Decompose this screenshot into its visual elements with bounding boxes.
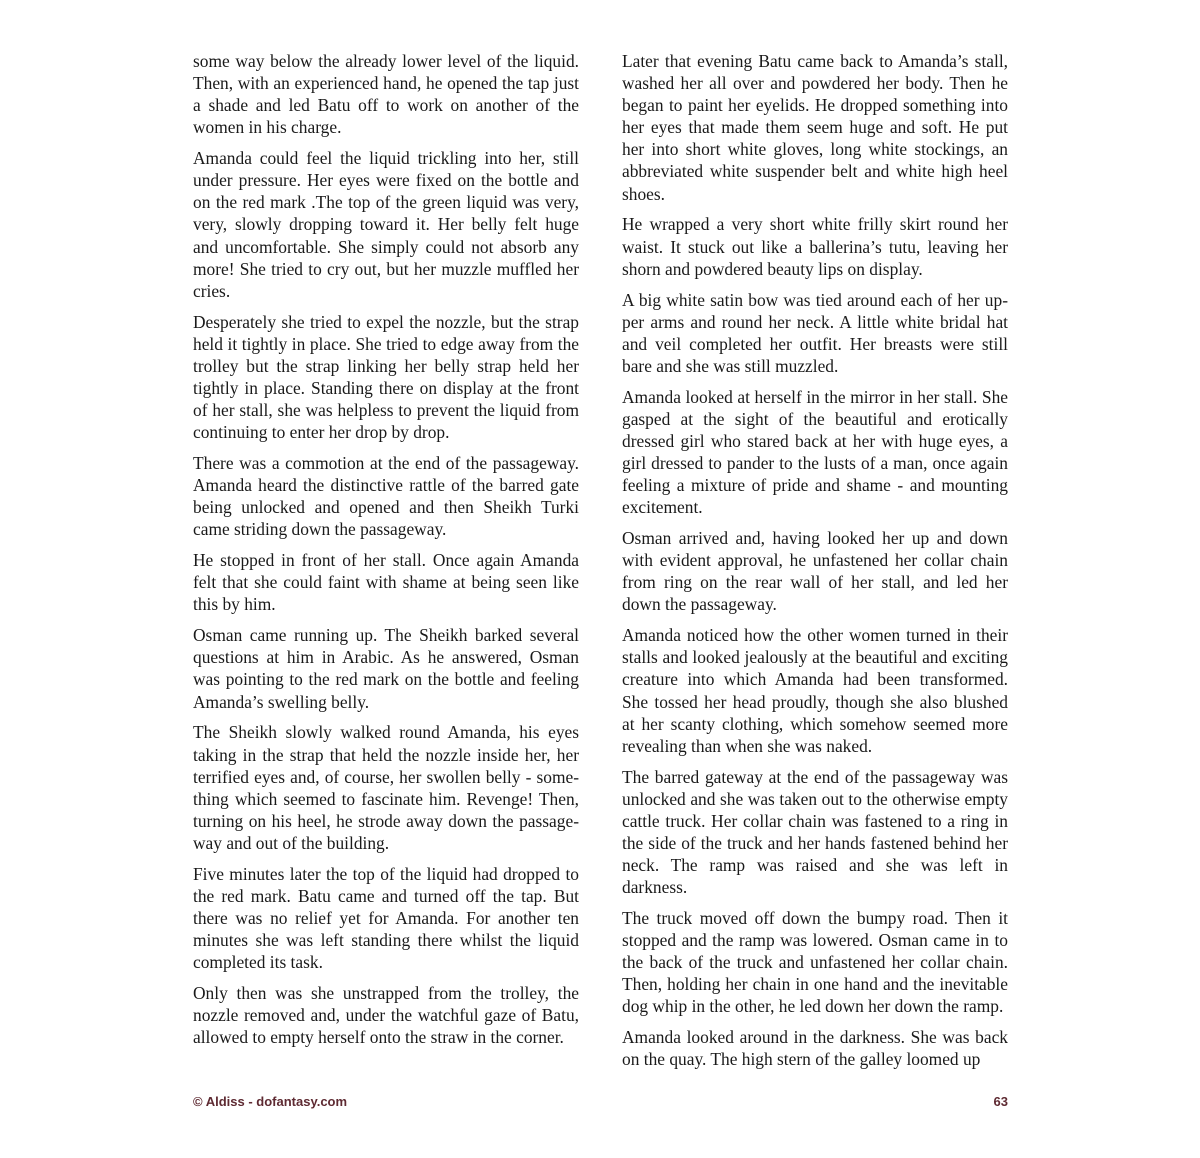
footer-credit: © Aldiss - dofantasy.com (193, 1094, 347, 1109)
paragraph: Only then was she unstrapped from the tr… (193, 982, 579, 1048)
page-number: 63 (960, 1094, 1008, 1109)
paragraph: Desperately she tried to expel the nozzl… (193, 311, 579, 444)
book-page: some way below the already lower level o… (0, 0, 1200, 1158)
paragraph: Amanda looked at herself in the mirror i… (622, 386, 1008, 519)
paragraph: Amanda could feel the liquid trickling i… (193, 147, 579, 302)
paragraph: Five minutes later the top of the liquid… (193, 863, 579, 973)
paragraph: He stopped in front of her stall. Once a… (193, 549, 579, 615)
left-text-column: some way below the already lower level o… (193, 50, 579, 1057)
paragraph: The truck moved off down the bumpy road.… (622, 907, 1008, 1017)
paragraph: Amanda noticed how the other women turne… (622, 624, 1008, 757)
paragraph: Later that evening Batu came back to Ama… (622, 50, 1008, 205)
paragraph: Osman came running up. The Sheikh barked… (193, 624, 579, 712)
paragraph: some way below the already lower level o… (193, 50, 579, 138)
paragraph: The barred gateway at the end of the pas… (622, 766, 1008, 899)
paragraph: A big white satin bow was tied around ea… (622, 289, 1008, 377)
paragraph: Amanda looked around in the darkness. Sh… (622, 1026, 1008, 1070)
paragraph: He wrapped a very short white frilly ski… (622, 213, 1008, 279)
paragraph: The Sheikh slowly walked round Amanda, h… (193, 721, 579, 854)
right-text-column: Later that evening Batu came back to Ama… (622, 50, 1008, 1079)
paragraph: There was a commotion at the end of the … (193, 452, 579, 540)
paragraph: Osman arrived and, having looked her up … (622, 527, 1008, 615)
